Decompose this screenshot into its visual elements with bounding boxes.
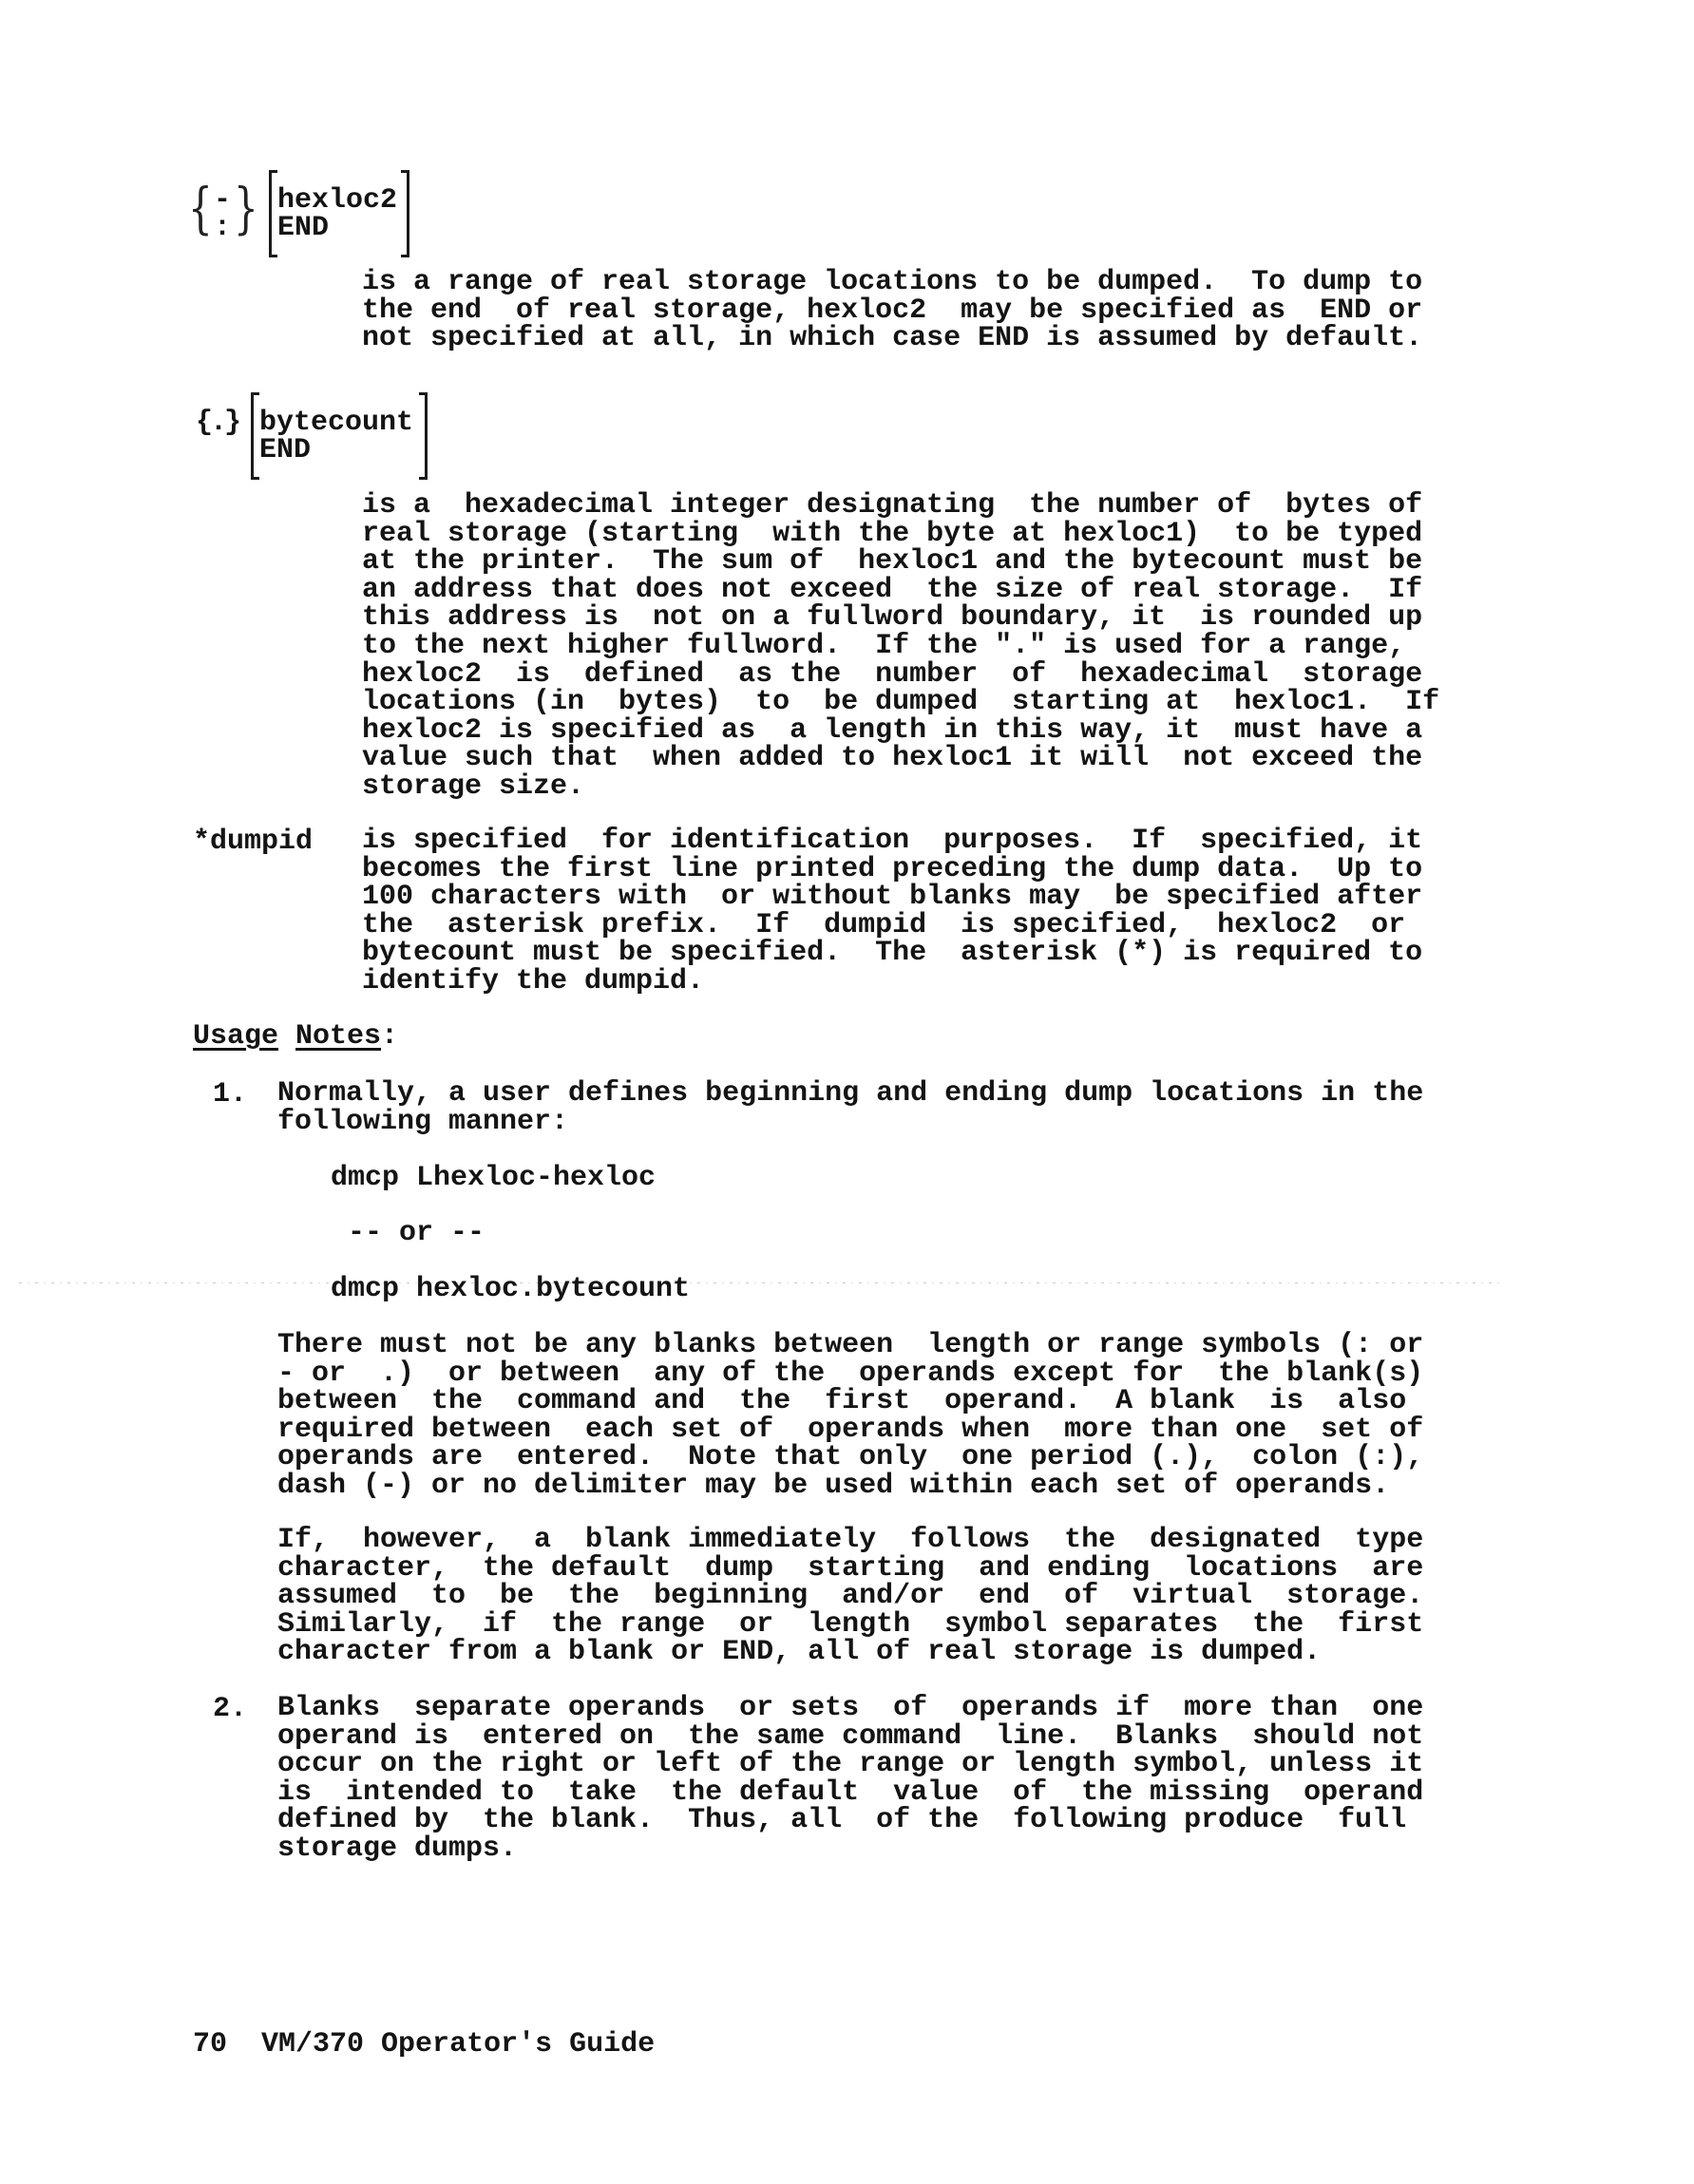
range-option-end: END xyxy=(277,214,329,242)
dumpid-description: is specified for identification purposes… xyxy=(362,827,1422,997)
text-line: occur on the right or left of the range … xyxy=(277,1751,1423,1779)
text-line: locations (in bytes) to be dumped starti… xyxy=(362,689,1439,717)
text-line: the asterisk prefix. If dumpid is specif… xyxy=(362,912,1422,940)
note-2-paragraph: Blanks separate operands or sets of oper… xyxy=(277,1695,1423,1864)
text-line: storage dumps. xyxy=(277,1835,1423,1864)
text-line: value such that when added to hexloc1 it… xyxy=(362,745,1439,773)
range-symbol-colon: : xyxy=(214,214,231,242)
text-line: identify the dumpid. xyxy=(362,968,1422,997)
text-line: character, the default dump starting and… xyxy=(277,1555,1423,1584)
text-line: is specified for identification purposes… xyxy=(362,827,1422,856)
length-option-end: END xyxy=(259,436,311,465)
heading-word: Usage xyxy=(193,1020,278,1053)
range-description: is a range of real storage locations to … xyxy=(362,269,1422,353)
text-line: hexloc2 is specified as a length in this… xyxy=(362,717,1439,746)
length-option-bytecount: bytecount xyxy=(259,408,413,437)
text-line: defined by the blank. Thus, all of the f… xyxy=(277,1807,1423,1835)
text-line: dash (-) or no delimiter may be used wit… xyxy=(277,1472,1423,1501)
example-separator: -- or -- xyxy=(348,1219,485,1247)
text-line: at the printer. The sum of hexloc1 and t… xyxy=(362,548,1439,577)
heading-colon: : xyxy=(381,1020,398,1053)
left-square-bracket-icon xyxy=(251,392,259,480)
text-line: the end of real storage, hexloc2 may be … xyxy=(362,297,1422,326)
text-line: bytecount must be specified. The asteris… xyxy=(362,940,1422,968)
range-option-hexloc2: hexloc2 xyxy=(277,186,397,215)
right-square-bracket-icon xyxy=(401,170,409,257)
text-line: operands are entered. Note that only one… xyxy=(277,1444,1423,1472)
text-line: this address is not on a fullword bounda… xyxy=(362,604,1439,633)
text-line: assumed to be the beginning and/or end o… xyxy=(277,1583,1423,1611)
length-symbol-period: {.} xyxy=(196,408,238,437)
right-square-bracket-icon xyxy=(419,392,428,480)
page-number: 70 xyxy=(193,2028,227,2061)
text-line: is intended to take the default value of… xyxy=(277,1779,1423,1808)
text-line: an address that does not exceed the size… xyxy=(362,577,1439,605)
command-example: dmcp Lhexloc-hexloc xyxy=(331,1164,656,1192)
text-line: operand is entered on the same command l… xyxy=(277,1723,1423,1752)
text-line: following manner: xyxy=(277,1109,1423,1137)
text-line: is a hexadecimal integer designating the… xyxy=(362,492,1439,521)
text-line: Blanks separate operands or sets of oper… xyxy=(277,1695,1423,1723)
note-1-paragraph-2: If, however, a blank immediately follows… xyxy=(277,1527,1423,1667)
command-example: dmcp hexloc.bytecount xyxy=(331,1275,690,1303)
text-line: required between each set of operands wh… xyxy=(277,1416,1423,1445)
text-line: If, however, a blank immediately follows… xyxy=(277,1527,1423,1555)
text-line: not specified at all, in which case END … xyxy=(362,325,1422,353)
text-line: character from a blank or END, all of re… xyxy=(277,1639,1423,1667)
scan-artifact-line xyxy=(19,1282,1501,1283)
note-number: 1. xyxy=(213,1080,247,1109)
left-square-bracket-icon xyxy=(269,170,277,257)
text-line: between the command and the first operan… xyxy=(277,1388,1423,1416)
text-line: real storage (starting with the byte at … xyxy=(362,521,1439,549)
book-title: VM/370 Operator's Guide xyxy=(261,2028,655,2061)
usage-notes-heading: Usage Notes: xyxy=(193,1022,398,1051)
heading-word: Notes xyxy=(295,1020,381,1053)
text-line: becomes the first line printed preceding… xyxy=(362,856,1422,884)
text-line: - or .) or between any of the operands e… xyxy=(277,1360,1423,1389)
text-line: hexloc2 is defined as the number of hexa… xyxy=(362,661,1439,690)
note-1-intro: Normally, a user defines beginning and e… xyxy=(277,1080,1423,1136)
text-line: is a range of real storage locations to … xyxy=(362,269,1422,297)
text-line: to the next higher fullword. If the "." … xyxy=(362,633,1439,661)
dumpid-term: *dumpid xyxy=(193,827,313,856)
text-line: storage size. xyxy=(362,773,1439,802)
right-curly-brace-icon: } xyxy=(234,180,258,236)
text-line: Similarly, if the range or length symbol… xyxy=(277,1611,1423,1640)
page-footer: 70 VM/370 Operator's Guide xyxy=(193,2030,655,2059)
note-1-paragraph-1: There must not be any blanks between len… xyxy=(277,1332,1423,1501)
text-line: There must not be any blanks between len… xyxy=(277,1332,1423,1360)
range-symbol-dash: - xyxy=(214,186,231,215)
left-curly-brace-icon: { xyxy=(188,180,213,236)
length-description: is a hexadecimal integer designating the… xyxy=(362,492,1439,802)
text-line: 100 characters with or without blanks ma… xyxy=(362,883,1422,912)
note-number: 2. xyxy=(213,1695,247,1723)
text-line: Normally, a user defines beginning and e… xyxy=(277,1080,1423,1109)
